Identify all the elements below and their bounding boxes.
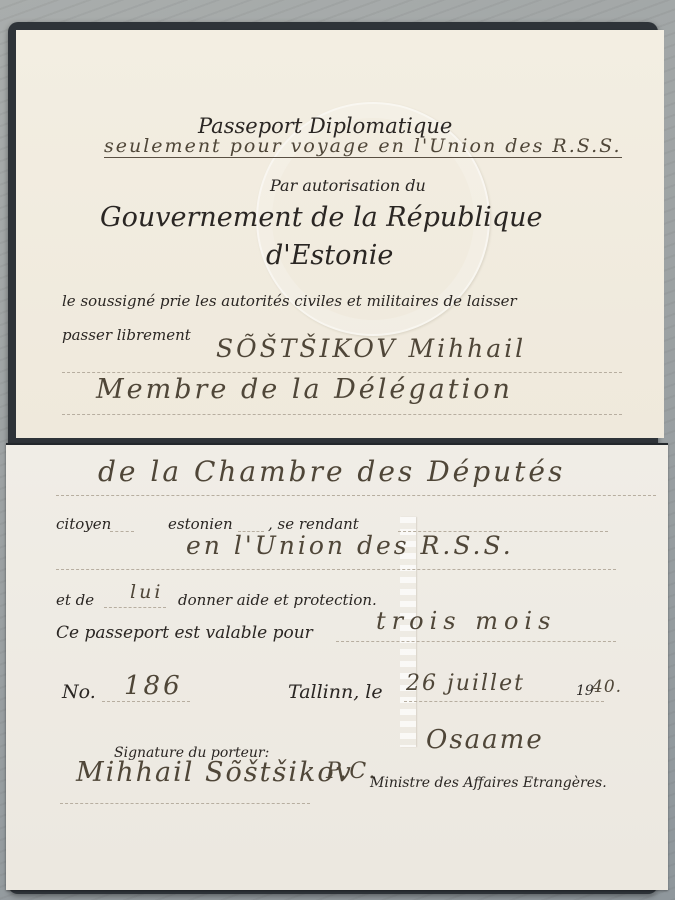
request-line-2: passer librement — [62, 326, 191, 344]
bearer-signature: Mihhail Sõštšikov — [76, 757, 353, 788]
government-line-1: Gouvernement de la République — [100, 202, 542, 233]
bearer-title-line-1: Membre de la Délégation — [96, 374, 513, 405]
year-suffix: 40. — [592, 677, 622, 697]
destination-value: en l'Union des R.S.S. — [186, 531, 514, 560]
citizen-dots — [110, 531, 134, 532]
chamber-dotted-line — [56, 495, 656, 496]
date-dots — [404, 701, 604, 702]
number-label: No. — [62, 681, 96, 703]
passport-page-top: Passeport Diplomatique seulement pour vo… — [16, 30, 664, 438]
bearer-signature-line — [60, 803, 310, 804]
government-line-2: d'Estonie — [266, 240, 393, 271]
minister-signature: Osaame — [426, 725, 544, 755]
bearer-title-line-2: de la Chambre des Députés — [98, 455, 565, 488]
passport-number: 186 — [124, 671, 183, 701]
restriction-note: seulement pour voyage en l'Union des R.S… — [104, 135, 622, 158]
minister-label: Ministre des Affaires Etrangères. — [370, 775, 607, 791]
pronoun-dots — [104, 607, 166, 608]
destination-dotted-line — [56, 569, 616, 570]
name-dotted-line — [62, 372, 622, 373]
protection-suffix: donner aide et protection. — [178, 591, 377, 609]
authorization-text: Par autorisation du — [270, 176, 426, 195]
validity-label: Ce passeport est valable pour — [56, 623, 313, 643]
place-label: Tallinn, le — [288, 681, 383, 703]
citizen-label: citoyen — [56, 515, 111, 533]
validity-value: trois mois — [376, 607, 556, 635]
bearer-name: SÕŠTŠIKOV Mihhail — [216, 334, 526, 363]
number-dots — [102, 701, 190, 702]
protection-pronoun: lui — [130, 581, 163, 603]
validity-dotted-line — [336, 641, 616, 642]
issue-date: 26 juillet — [406, 671, 525, 696]
passport-page-bottom: de la Chambre des Députés citoyen estoni… — [6, 443, 668, 890]
title-dotted-line — [62, 414, 622, 415]
protection-prefix: et de — [56, 591, 94, 609]
request-line-1: le soussigné prie les autorités civiles … — [62, 292, 517, 310]
